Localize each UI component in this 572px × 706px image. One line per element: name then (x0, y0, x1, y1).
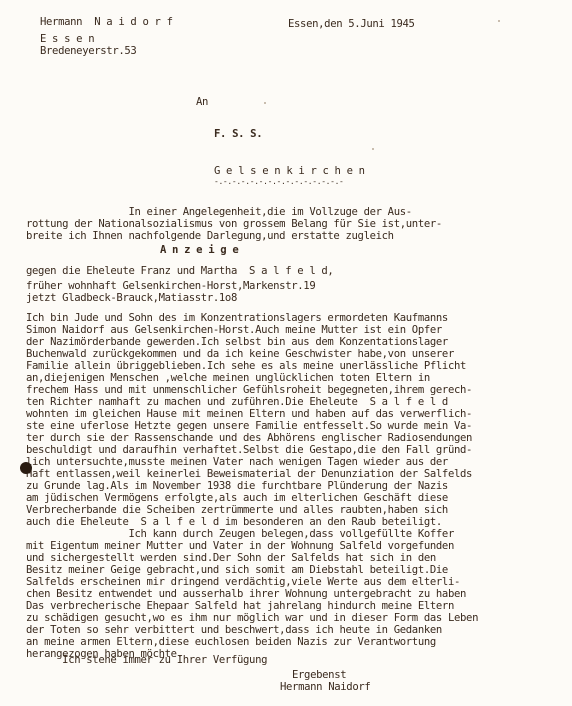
body-line: an meine armen Eltern,diese euchlosen be… (26, 636, 436, 648)
body-line: Besitz meiner Geige gebracht,und sich so… (26, 564, 448, 576)
ink-blot (20, 462, 32, 474)
dateline: Essen,den 5.Juni 1945 (288, 18, 415, 30)
paper-speck (264, 102, 266, 104)
body-line: zu schädigen gesucht,wo es ihm nur mögli… (26, 612, 478, 624)
closing-line: Ich stehe immer zu Ihrer Verfügung (26, 654, 267, 666)
accused-line: früher wohnhaft Gelsenkirchen-Horst,Mark… (26, 280, 315, 292)
body-line: lich untersuchte,musste meinen Vater nac… (26, 456, 448, 468)
sender-name: Hermann N a i d o r f (40, 16, 173, 28)
body-line: Salfelds erscheinen mir dringend verdäch… (26, 576, 460, 588)
sender-city: E s s e n (40, 33, 94, 45)
recipient-org: F. S. S. (214, 128, 262, 140)
body-line: Verbrecherbande die Scheiben zertrümmert… (26, 504, 448, 516)
sender-street: Bredeneyerstr.53 (40, 45, 136, 57)
paper-speck (372, 148, 374, 150)
body-line: Ich bin Jude und Sohn des im Konzentrati… (26, 312, 448, 324)
body-line: wohnten im gleichen Hause mit meinen Elt… (26, 408, 472, 420)
body-line: Familie allein übriggeblieben.Ich sehe e… (26, 360, 466, 372)
typewritten-letter: Hermann N a i d o r f E s s e n Bredeney… (0, 0, 572, 706)
body-line: Buchenwald zurückgekommen und da ich kei… (26, 348, 454, 360)
recipient-to: An (196, 96, 208, 108)
body-line: Simon Naidorf aus Gelsenkirchen-Horst.Au… (26, 324, 442, 336)
body-line: chen Besitz entwendet und ausserhalb ihr… (26, 588, 466, 600)
recipient-underline: -.-.-.-.-.-.-.-.-.-.-.-.-.-.- (214, 176, 344, 188)
body-line: am jüdischen Vermögens erfolgte,als auch… (26, 492, 448, 504)
body-line: und sichergestellt werden sind.Der Sohn … (26, 552, 436, 564)
body-line: an,diejenigen Menschen ,welche meinen un… (26, 372, 430, 384)
intro-line: breite ich Ihnen nachfolgende Darlegung,… (26, 230, 394, 242)
body-line: ter durch sie der Rassenschande und des … (26, 432, 472, 444)
body-line: der Nazimörderbande gewerden.Ich selbst … (26, 336, 448, 348)
accused-line: gegen die Eheleute Franz und Martha S a … (26, 265, 333, 277)
body-line: beschuldigt und daraufhin verhaftet.Selb… (26, 444, 472, 456)
body-line: mit Eigentum meiner Mutter und Vater in … (26, 540, 454, 552)
intro-line: rottung der Nationalsozialismus von gros… (26, 218, 442, 230)
body-line: frechem Hass und mit unmenschlicher Gefü… (26, 384, 472, 396)
body-line: Ich kann durch Zeugen belegen,dass vollg… (26, 528, 454, 540)
accused-line: jetzt Gladbeck-Brauck,Matiasstr.1o8 (26, 292, 237, 304)
body-line: der Toten so sehr verbittert und beschwe… (26, 624, 442, 636)
heading-anzeige: A n z e i g e (160, 244, 238, 256)
signature: Hermann Naidorf (280, 681, 370, 693)
body-line: ten Richter namhaft zu machen und zuführ… (26, 396, 448, 408)
signoff: Ergebenst (292, 669, 346, 681)
body-line: Das verbrecherische Ehepaar Salfeld hat … (26, 600, 454, 612)
body-line: zu Grunde lag.Als im November 1938 die f… (26, 480, 448, 492)
body-line: ste eine uferlose Hetzte gegen unsere Fa… (26, 420, 472, 432)
paper-speck (498, 20, 500, 22)
intro-line: In einer Angelegenheit,die im Vollzuge d… (26, 206, 412, 218)
body-line: Haft entlassen,weil keinerlei Beweismate… (26, 468, 472, 480)
body-line: auch die Eheleute S a l f e l d im beson… (26, 516, 442, 528)
